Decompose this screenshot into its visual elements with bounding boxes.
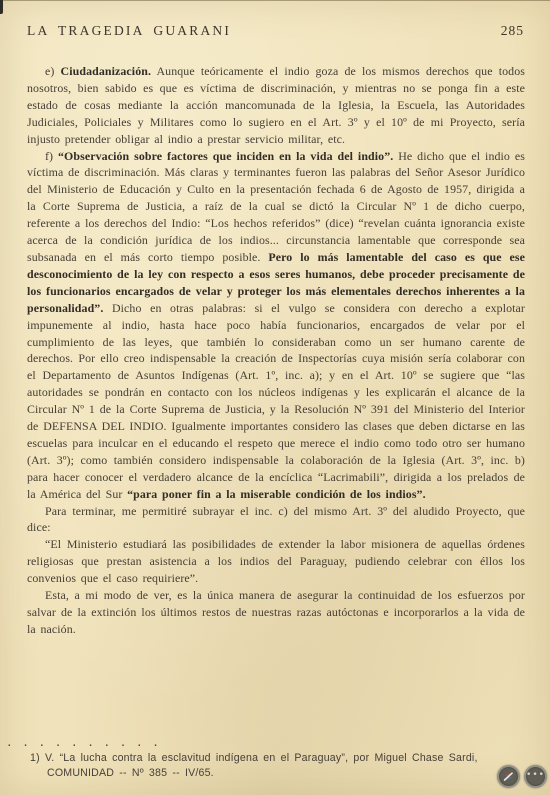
- footnote: 1) V. “La lucha contra la esclavitud ind…: [30, 751, 480, 781]
- compass-button[interactable]: [497, 765, 520, 788]
- text-segment-bold: “Observación sobre factores que inciden …: [58, 149, 393, 163]
- text-segment: Esta, a mi modo de ver, es la única mane…: [27, 588, 525, 636]
- paragraph-f-observacion: f) “Observación sobre factores que incid…: [27, 148, 525, 503]
- text-segment: f): [45, 149, 58, 163]
- footnote-marker: 1): [30, 752, 40, 764]
- text-segment: Dicho en otras palabras: si el vulgo se …: [27, 301, 525, 501]
- text-segment: e): [45, 64, 61, 78]
- compass-icon: [501, 769, 516, 784]
- more-options-icon: •••: [526, 771, 545, 780]
- footnote-line-2: COMUNIDAD -- Nº 385 -- IV/65.: [47, 766, 480, 781]
- paragraph-closing: Esta, a mi modo de ver, es la única mane…: [27, 587, 525, 638]
- scan-edge-artifact: [0, 0, 3, 14]
- floating-button-group: •••: [497, 765, 547, 788]
- footnote-text: V. “La lucha contra la esclavitud indíge…: [45, 752, 478, 764]
- page-body-text: e) Ciudadanización. Aunque teóricamente …: [27, 63, 525, 731]
- paragraph-quote-ministerio: “El Ministerio estudiará las posibilidad…: [27, 536, 525, 587]
- text-segment: “El Ministerio estudiará las posibilidad…: [27, 537, 525, 585]
- scanned-book-page: LA TRAGEDIA GUARANI 285 e) Ciudadanizaci…: [0, 0, 550, 795]
- text-segment: He dicho que el indio es víctima de disc…: [27, 149, 525, 264]
- footnote-separator-dots: . . . . . . . . . .: [6, 736, 160, 749]
- running-header-title: LA TRAGEDIA GUARANI: [27, 23, 231, 39]
- page-header: LA TRAGEDIA GUARANI 285: [27, 23, 524, 39]
- text-segment-bold: “para poner fin a la miserable condición…: [127, 487, 426, 501]
- paragraph-para-terminar: Para terminar, me permitiré subrayar el …: [27, 503, 525, 537]
- paragraph-e-ciudadanizacion: e) Ciudadanización. Aunque teóricamente …: [27, 63, 525, 148]
- more-options-button[interactable]: •••: [524, 765, 547, 788]
- footnote-line-1: 1) V. “La lucha contra la esclavitud ind…: [30, 751, 480, 766]
- page-number: 285: [501, 23, 524, 39]
- text-segment: Para terminar, me permitiré subrayar el …: [27, 504, 525, 535]
- text-segment-bold: Ciudadanización.: [61, 64, 151, 78]
